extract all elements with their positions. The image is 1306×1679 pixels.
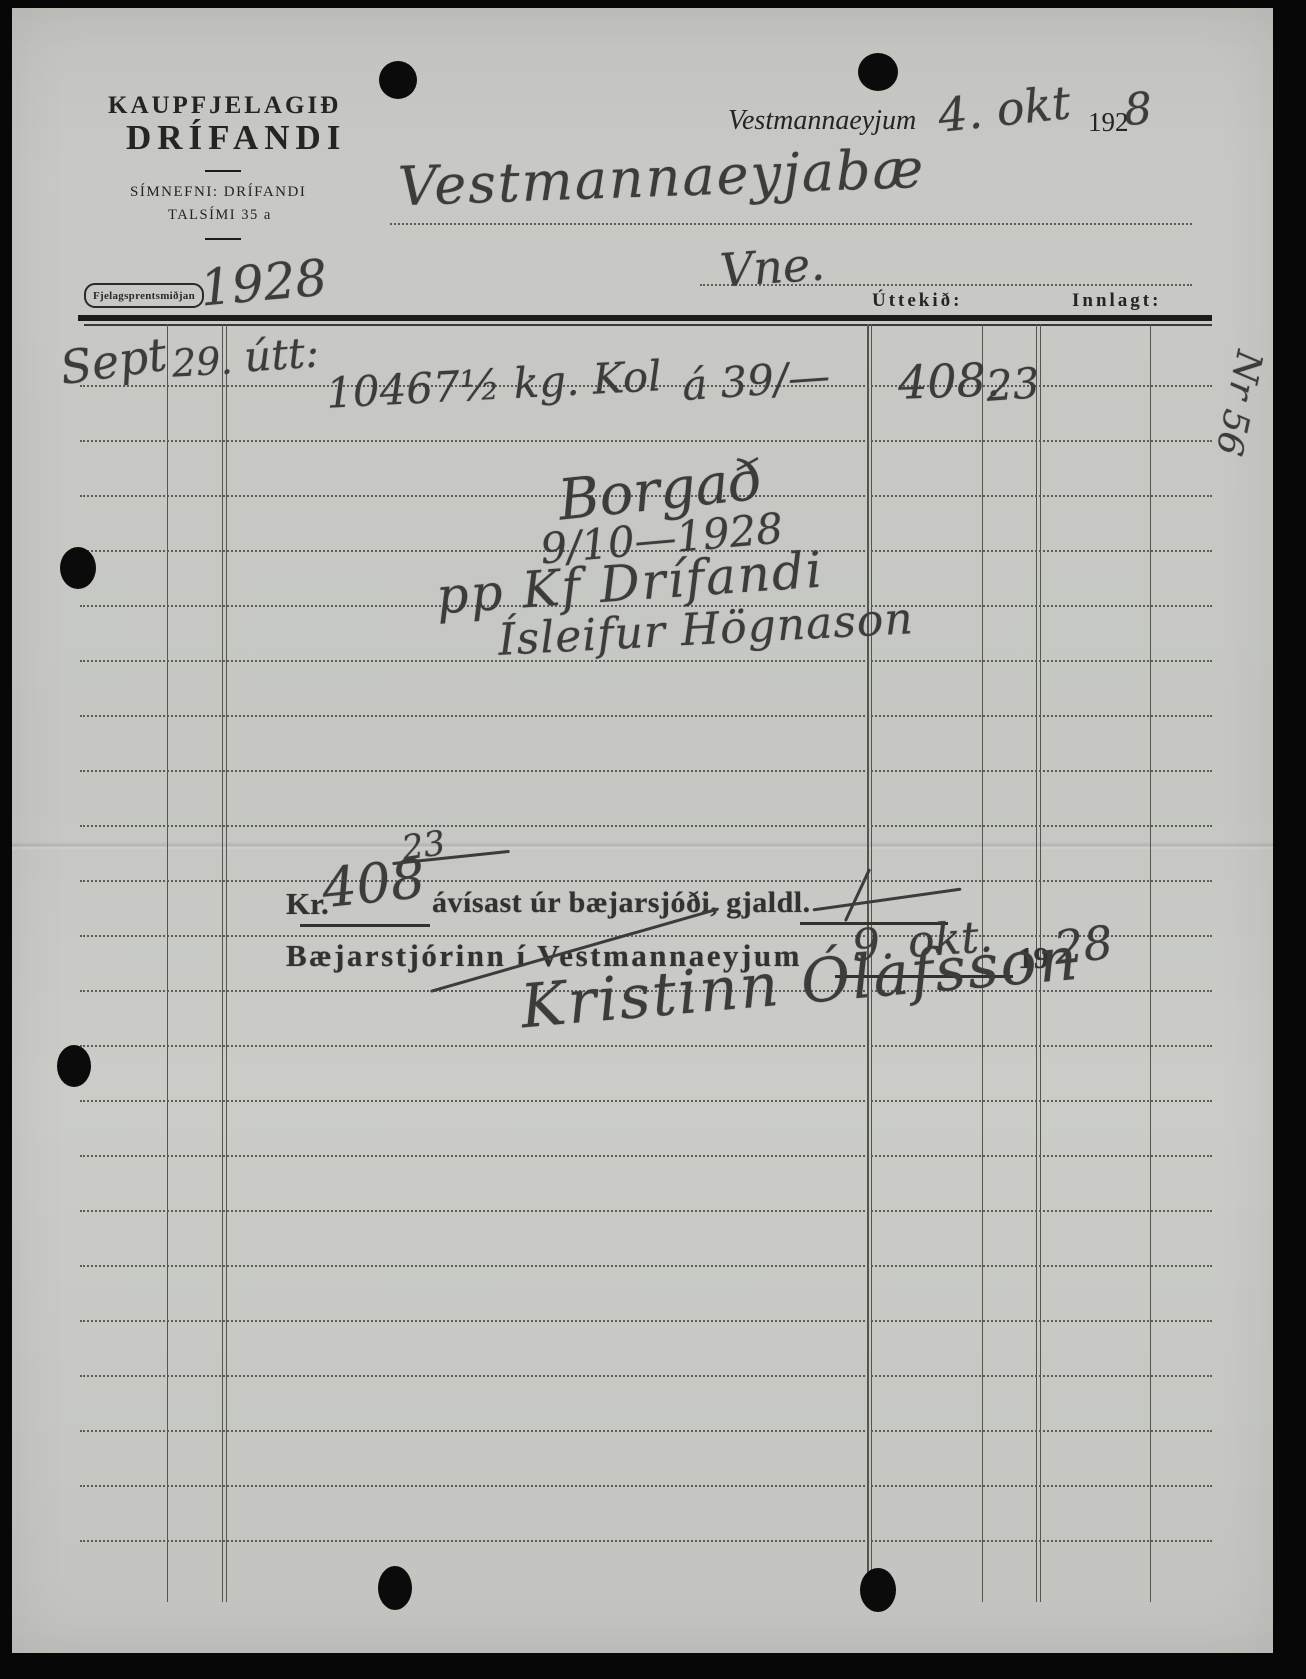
column-header-uttekid: Úttekið: (872, 290, 962, 312)
dotted-rule (80, 715, 1212, 717)
company-name-line2: DRÍFANDI (126, 118, 346, 158)
punch-hole (378, 1566, 412, 1610)
dotted-rule (80, 1045, 1212, 1047)
stamp-avisast-text: ávísast úr bæjarsjóði, gjaldl. (432, 886, 811, 920)
dotted-rule (80, 1430, 1212, 1432)
letterhead-divider-top (205, 170, 241, 172)
printer-mark-badge: Fjelagsprentsmiðjan (84, 283, 204, 308)
ledger-header-thin-rule (84, 324, 1212, 326)
column-line (167, 324, 168, 1602)
scanned-document-page: KAUPFJELAGIÐ DRÍFANDI SÍMNEFNI: DRÍFANDI… (0, 0, 1306, 1679)
ledger-year-handwritten: 1928 (198, 249, 330, 318)
dotted-rule (80, 1375, 1212, 1377)
column-line (226, 324, 227, 1602)
entry-note-handwritten: útt: (242, 327, 320, 381)
dateline-year-printed: 192 (1088, 107, 1129, 138)
dateline-place: Vestmannaeyjum (728, 105, 916, 137)
column-line (222, 324, 223, 1602)
addressee-dotted-line-1 (390, 223, 1192, 225)
fold-crease (12, 842, 1273, 850)
dotted-rule (80, 660, 1212, 662)
entry-amount-aurar-handwritten: 23 (984, 358, 1041, 411)
column-header-innlagt: Innlagt: (1072, 290, 1161, 312)
punch-hole (860, 1568, 896, 1612)
addressee-abbrev-handwritten: Vne. (718, 236, 826, 297)
punch-hole (858, 53, 898, 91)
stamp-amount-underline (300, 924, 430, 927)
dotted-rule (80, 1265, 1212, 1267)
punch-hole (57, 1045, 91, 1087)
punch-hole (60, 547, 96, 589)
dotted-rule (80, 825, 1212, 827)
dotted-rule (80, 880, 1212, 882)
dateline-year-handwritten: 8 (1122, 83, 1153, 136)
punch-hole (379, 61, 417, 99)
paper-sheet (12, 8, 1273, 1653)
letterhead-divider-bottom (205, 238, 241, 240)
entry-day-handwritten: 29. (171, 338, 234, 385)
dotted-rule (80, 1155, 1212, 1157)
dotted-rule (80, 440, 1212, 442)
telephone-line: TALSÍMI 35 a (168, 207, 272, 224)
dotted-rule (80, 770, 1212, 772)
dotted-rule (80, 1210, 1212, 1212)
telegraph-name-line: SÍMNEFNI: DRÍFANDI (130, 184, 306, 201)
dotted-rule (80, 1540, 1212, 1542)
dotted-rule (80, 1100, 1212, 1102)
ledger-header-thick-rule (78, 315, 1212, 321)
dotted-rule (80, 1320, 1212, 1322)
column-line (1150, 324, 1151, 1602)
company-name-line1: KAUPFJELAGIÐ (108, 92, 341, 120)
entry-price-handwritten: á 39/— (680, 351, 831, 410)
dotted-rule (80, 1485, 1212, 1487)
